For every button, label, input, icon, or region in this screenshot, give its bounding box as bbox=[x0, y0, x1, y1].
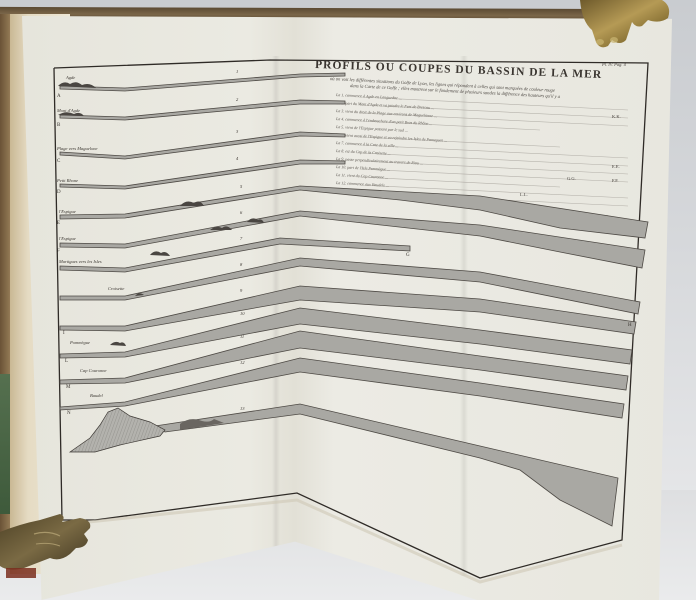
svg-text:8: 8 bbox=[240, 262, 243, 267]
svg-text:Cap Couronne: Cap Couronne bbox=[80, 368, 106, 373]
svg-text:3: 3 bbox=[236, 129, 239, 134]
svg-text:E: E bbox=[57, 221, 60, 226]
svg-text:L.L.: L.L. bbox=[520, 192, 528, 197]
svg-text:6: 6 bbox=[240, 210, 243, 215]
legend-block: La 1. commence à Agde en Languedoc ... L… bbox=[335, 92, 447, 197]
svg-text:5: 5 bbox=[240, 184, 243, 189]
svg-text:12: 12 bbox=[240, 360, 245, 365]
svg-text:K.K.: K.K. bbox=[612, 114, 621, 119]
svg-text:La 7. commence à la Cote de la: La 7. commence à la Cote de la ville ... bbox=[335, 140, 399, 148]
svg-text:L: L bbox=[65, 359, 68, 364]
svg-text:1: 1 bbox=[236, 69, 238, 74]
svg-text:4: 4 bbox=[236, 156, 239, 161]
svg-text:7: 7 bbox=[240, 236, 243, 241]
svg-text:B: B bbox=[57, 123, 61, 128]
svg-text:E.E.: E.E. bbox=[612, 164, 620, 169]
svg-text:N: N bbox=[67, 411, 71, 416]
svg-text:La 10. part de l'Isle Pommègue: La 10. part de l'Isle Pommègue ... bbox=[335, 164, 390, 172]
svg-text:10: 10 bbox=[240, 311, 245, 316]
svg-text:Croisette: Croisette bbox=[108, 286, 124, 291]
svg-text:C: C bbox=[57, 159, 61, 164]
svg-text:F.F.: F.F. bbox=[612, 178, 619, 183]
svg-text:13: 13 bbox=[240, 406, 245, 411]
svg-text:2: 2 bbox=[236, 97, 239, 102]
svg-text:La 11. vient du Cap Couronne .: La 11. vient du Cap Couronne ... bbox=[335, 172, 388, 180]
svg-text:11: 11 bbox=[240, 334, 244, 339]
svg-text:D: D bbox=[57, 190, 61, 195]
svg-text:9: 9 bbox=[240, 288, 243, 293]
svg-text:Mont d'Agde: Mont d'Agde bbox=[56, 108, 80, 113]
place-labels: Agde Mont d'Agde Plage vers Maguelone Pe… bbox=[56, 75, 124, 398]
svg-text:Martigues vers les Isles: Martigues vers les Isles bbox=[58, 259, 102, 264]
engraving-svg: PROFILS OU COUPES DU BASSIN DE LA MER Pl… bbox=[0, 0, 696, 600]
svg-text:l'Espigue: l'Espigue bbox=[59, 209, 76, 214]
svg-text:Agde: Agde bbox=[65, 75, 75, 80]
mountain-profile bbox=[70, 408, 165, 452]
svg-text:La 8. est du Cap de la Croiset: La 8. est du Cap de la Croisette ... bbox=[335, 148, 391, 156]
svg-text:M: M bbox=[66, 385, 71, 390]
svg-text:Petit Rhone: Petit Rhone bbox=[56, 178, 78, 183]
brass-hand-weight-icon bbox=[572, 0, 676, 50]
svg-text:H: H bbox=[628, 323, 632, 328]
plate-number: Pl. IV. Pag. 4 bbox=[601, 62, 627, 67]
svg-text:G: G bbox=[406, 253, 410, 258]
svg-text:La 1. commence à Agde en Langu: La 1. commence à Agde en Languedoc ... bbox=[335, 92, 402, 100]
bronze-hand-weight-icon bbox=[0, 510, 95, 580]
svg-text:A: A bbox=[57, 94, 61, 99]
svg-text:Plage vers Maguelone: Plage vers Maguelone bbox=[56, 146, 98, 151]
svg-text:I: I bbox=[63, 331, 65, 336]
svg-text:F: F bbox=[57, 249, 60, 254]
svg-text:La 5. vient de l'Espigue passa: La 5. vient de l'Espigue passant par le … bbox=[335, 124, 408, 133]
svg-text:Baudel: Baudel bbox=[90, 393, 103, 398]
plate-bottom-edge bbox=[60, 500, 622, 582]
svg-text:G.G.: G.G. bbox=[567, 176, 576, 181]
svg-text:La 12. commence aux Baudels ..: La 12. commence aux Baudels ... bbox=[335, 180, 389, 188]
svg-text:Pommègue: Pommègue bbox=[69, 340, 90, 345]
svg-text:l'Espigue: l'Espigue bbox=[59, 236, 76, 241]
